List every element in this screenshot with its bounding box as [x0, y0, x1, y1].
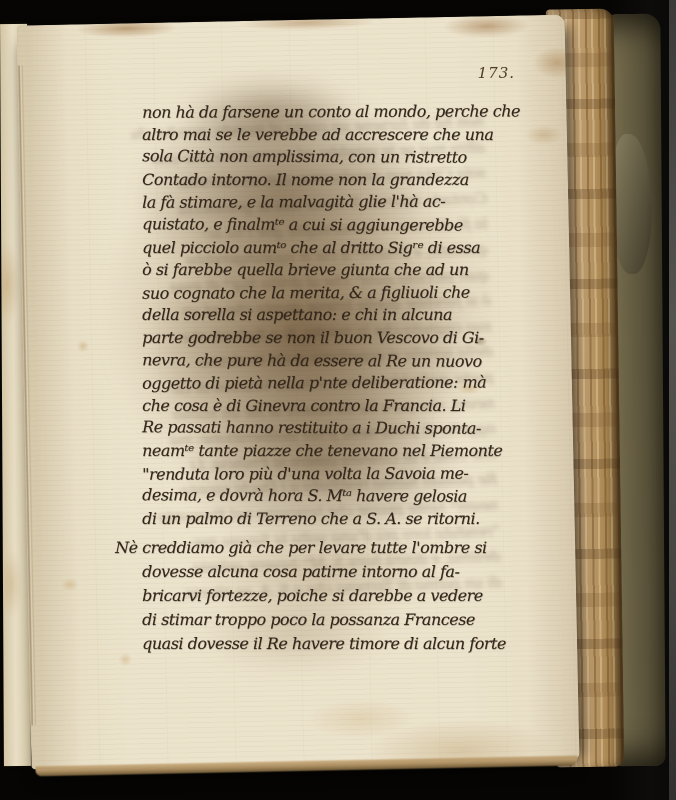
text-line: suo cognato che la merita, & a figliuoli… — [142, 281, 520, 305]
text-line: ò si farebbe quella brieve giunta che ad… — [142, 259, 520, 282]
text-line: oggetto di pietà nella p'nte deliberatio… — [142, 372, 520, 396]
paragraph-1: non hà da farsene un conto al mondo, per… — [142, 101, 520, 530]
text-line: parte godrebbe se non il buon Vescovo di… — [142, 327, 520, 350]
text-line: neamᵗᵉ tante piazze che tenevano nel Pie… — [142, 440, 520, 463]
text-line: della sorella si aspettano: e chi in alc… — [142, 304, 520, 327]
text-line: che cosa è di Ginevra contro la Francia.… — [142, 395, 520, 418]
text-line: altro mai se le verebbe ad accrescere ch… — [142, 124, 520, 147]
text-line: sola Città non amplissima, con un ristre… — [142, 145, 520, 169]
text-line: quasi dovesse il Re havere timore di alc… — [142, 632, 520, 656]
text-line: "renduta loro più d'una volta la Savoia … — [142, 462, 520, 486]
text-line: di un palmo di Terreno che a S. A. se ri… — [142, 508, 520, 531]
text-line: quel picciolo aumᵗᵒ che al dritto Sigʳᵉ … — [142, 237, 520, 260]
text-line: nevra, che pure hà da essere al Re un nu… — [142, 349, 520, 373]
text-line: non hà da farsene un conto al mondo, per… — [142, 100, 520, 124]
text-line: di stimar troppo poco la possanza France… — [142, 608, 520, 632]
text-line: Contado intorno. Il nome non la grandezz… — [142, 169, 520, 192]
text-line: quistato, e finalmᵗᵉ a cui si aggiungere… — [142, 213, 520, 237]
paragraph-2: Nè creddiamo già che per levare tutte l'… — [142, 536, 520, 656]
photo-background: non hà da farsene un conto al mondo, per… — [0, 0, 676, 800]
text-line: dovesse alcuna cosa patirne intorno al f… — [142, 560, 520, 584]
manuscript-text-block: non hà da farsene un conto al mondo, per… — [142, 101, 520, 656]
manuscript-page: non hà da farsene un conto al mondo, per… — [17, 15, 580, 770]
text-line: Re passati hanno restituito a i Duchi sp… — [142, 417, 520, 441]
text-line: desima, e dovrà hora S. Mᵗᵃ havere gelos… — [142, 484, 520, 508]
text-line: la fà stimare, e la malvagità glie l'hà … — [142, 191, 520, 215]
text-line: Nè creddiamo già che per levare tutte l'… — [115, 536, 520, 560]
page-number: 173. — [478, 64, 515, 82]
backdrop-edge-strip — [669, 0, 676, 800]
text-line: bricarvi fortezze, poiche si darebbe a v… — [142, 584, 520, 608]
